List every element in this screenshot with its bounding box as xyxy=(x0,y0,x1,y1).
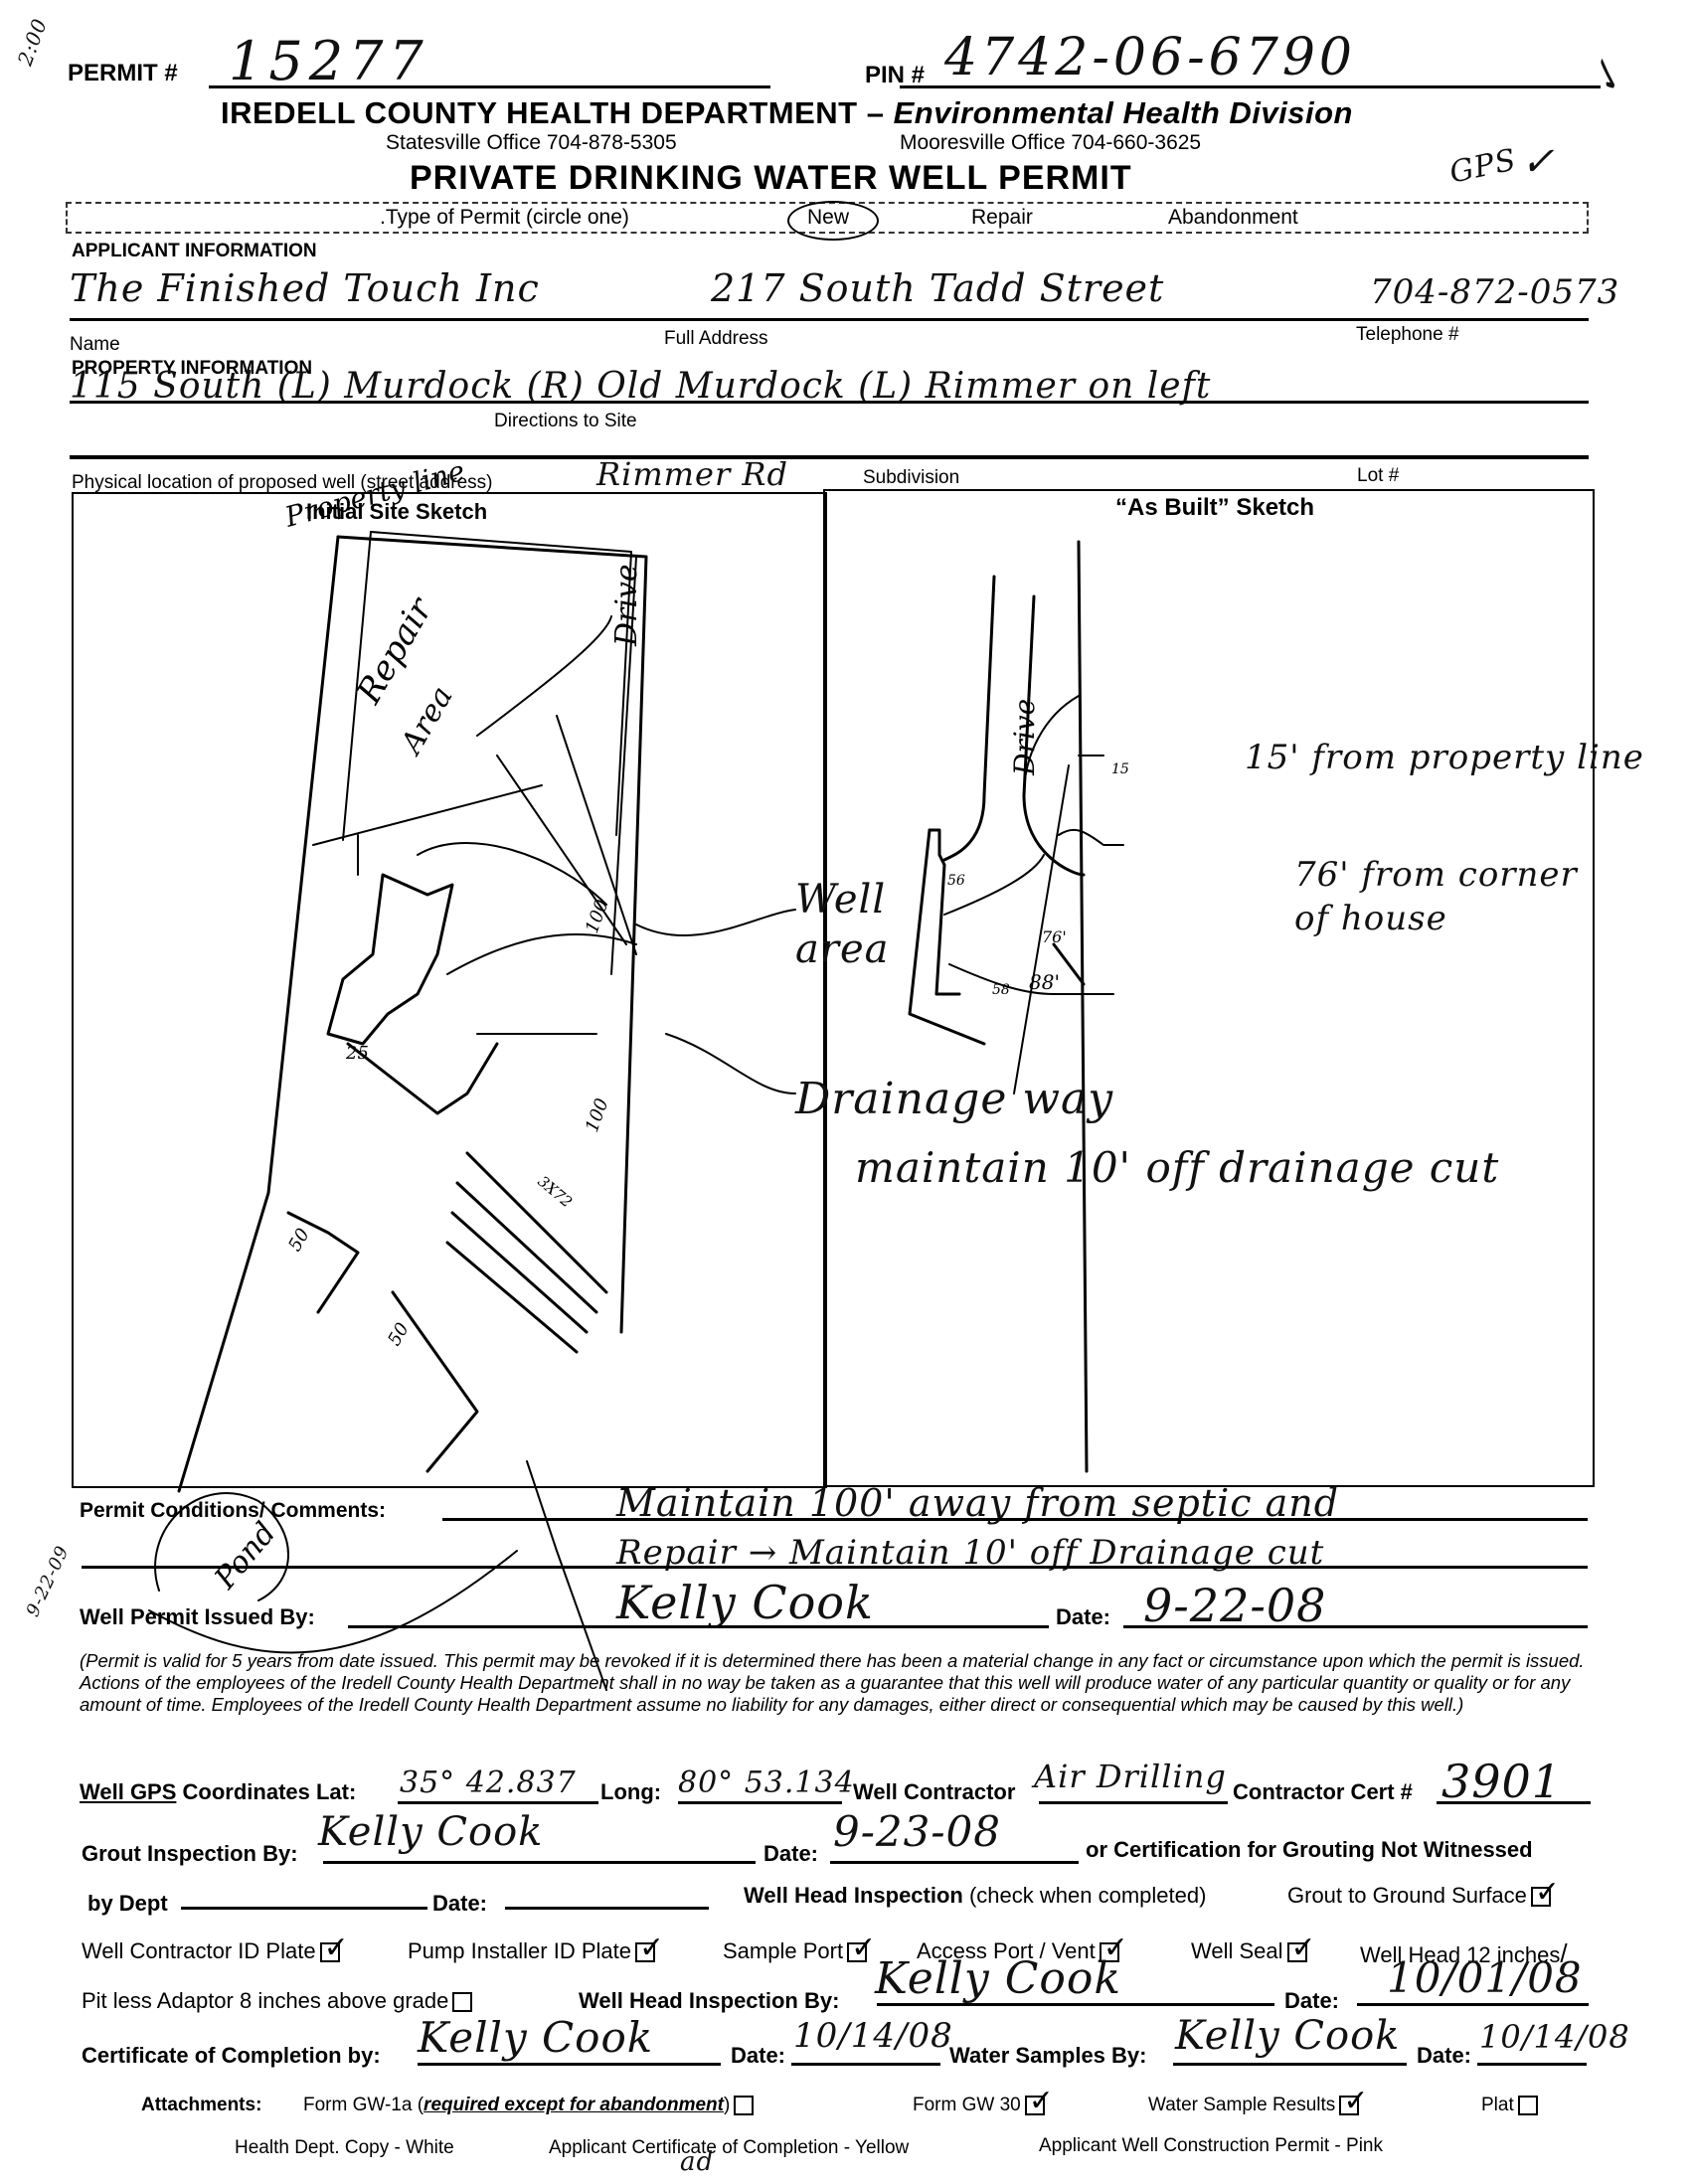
grout-to-ground-label: Grout to Ground Surface xyxy=(1287,1883,1527,1908)
contractor-id-plate-label: Well Contractor ID Plate xyxy=(82,1938,316,1963)
well-contractor-line xyxy=(1039,1801,1228,1804)
completion-date-line xyxy=(791,2063,940,2066)
well-head-inspection-heading: Well Head Inspection (check when complet… xyxy=(744,1883,1206,1909)
well-head-date-line xyxy=(1357,2003,1589,2006)
grout-inspection-signature[interactable]: Kelly Cook xyxy=(318,1809,543,1855)
well-contractor-value[interactable]: Air Drilling xyxy=(1034,1758,1227,1795)
well-seal-label: Well Seal xyxy=(1191,1938,1283,1963)
attachment-water-sample-results[interactable]: Water Sample Results xyxy=(1148,2095,1359,2116)
pitless-adaptor-checkbox[interactable] xyxy=(452,1992,472,2012)
svg-text:56: 56 xyxy=(947,873,965,889)
well-seal-checkbox[interactable] xyxy=(1287,1942,1307,1962)
water-samples-date-label: Date: xyxy=(1417,2043,1471,2069)
plat-checkbox[interactable] xyxy=(1518,2096,1538,2115)
checkbox-pitless-adaptor[interactable]: Pit less Adaptor 8 inches above grade xyxy=(82,1988,472,2014)
gps-long-line xyxy=(678,1801,842,1804)
well-contractor-label: Well Contractor xyxy=(853,1779,1015,1805)
well-head-heading-hint: (check when completed) xyxy=(963,1883,1207,1908)
issued-date-line xyxy=(1123,1625,1588,1628)
checkbox-well-seal[interactable]: Well Seal xyxy=(1191,1938,1307,1964)
form-gw1a-checkbox[interactable] xyxy=(734,2096,754,2115)
initials-note: ad xyxy=(680,2147,714,2177)
attachment-form-gw30[interactable]: Form GW 30 xyxy=(913,2095,1045,2116)
completion-signature[interactable]: Kelly Cook xyxy=(418,2013,653,2062)
pump-installer-id-plate-label: Pump Installer ID Plate xyxy=(408,1938,631,1963)
conditions-label: Permit Conditions/ Comments: xyxy=(80,1499,386,1523)
copy-white: Health Dept. Copy - White xyxy=(235,2137,454,2159)
attachment-form-gw1a[interactable]: Form GW-1a (required except for abandonm… xyxy=(303,2095,754,2116)
form-gw1a-label: Form GW-1a xyxy=(303,2095,412,2115)
well-head-inspection-line xyxy=(877,2003,1274,2006)
contractor-id-plate-checkbox[interactable] xyxy=(320,1942,340,1962)
water-sample-results-checkbox[interactable] xyxy=(1339,2096,1359,2115)
grout-cert-label: or Certification for Grouting Not Witnes… xyxy=(1086,1837,1533,1863)
drainage-maintain-note: maintain 10' off drainage cut xyxy=(855,1143,1630,1193)
grout-inspection-line xyxy=(323,1861,756,1864)
well-head-heading-text: Well Head Inspection xyxy=(744,1883,963,1908)
water-samples-date-value[interactable]: 10/14/08 xyxy=(1479,2018,1630,2056)
svg-text:Drive: Drive xyxy=(1008,699,1041,776)
pump-installer-id-plate-checkbox[interactable] xyxy=(635,1942,655,1962)
sample-port-checkbox[interactable] xyxy=(847,1942,867,1962)
gps-lat-line xyxy=(398,1801,598,1804)
water-sample-results-label: Water Sample Results xyxy=(1148,2095,1335,2115)
gps-label: Well GPS Coordinates Lat: xyxy=(80,1779,356,1805)
grout-to-ground-checkbox[interactable] xyxy=(1531,1887,1551,1907)
issued-by-signature[interactable]: Kelly Cook xyxy=(616,1576,874,1629)
gps-long-value[interactable]: 80° 53.134 xyxy=(678,1765,855,1800)
contractor-cert-line xyxy=(1437,1801,1591,1804)
from-corner-house-note: 76' from corner of house xyxy=(1294,853,1612,940)
disclaimer-text: (Permit is valid for 5 years from date i… xyxy=(80,1650,1601,1716)
form-gw1a-note: required except for abandonment xyxy=(423,2095,724,2115)
plat-label: Plat xyxy=(1481,2095,1514,2115)
gps-label-rest: Coordinates Lat: xyxy=(176,1779,356,1804)
water-samples-label: Water Samples By: xyxy=(949,2043,1146,2069)
copy-pink: Applicant Well Construction Permit - Pin… xyxy=(1039,2135,1383,2157)
issued-by-label: Well Permit Issued By: xyxy=(80,1604,315,1630)
gps-lat-value[interactable]: 35° 42.837 xyxy=(400,1765,577,1800)
well-head-date-label: Date: xyxy=(1284,1988,1339,2014)
conditions-underline-1 xyxy=(442,1518,1588,1521)
pitless-adaptor-label: Pit less Adaptor 8 inches above grade xyxy=(82,1988,448,2013)
issued-date-value[interactable]: 9-22-08 xyxy=(1143,1579,1326,1632)
grout-date-value[interactable]: 9-23-08 xyxy=(833,1807,1001,1856)
svg-text:88': 88' xyxy=(1029,970,1060,994)
well-head-inspection-by-label: Well Head Inspection By: xyxy=(579,1988,839,2014)
svg-text:58: 58 xyxy=(992,982,1010,998)
well-head-inspection-signature[interactable]: Kelly Cook xyxy=(875,1953,1121,2004)
by-dept-date-label: Date: xyxy=(432,1891,487,1917)
by-dept-label: by Dept xyxy=(87,1891,168,1917)
checkbox-grout-to-ground[interactable]: Grout to Ground Surface xyxy=(1287,1883,1551,1909)
by-dept-line xyxy=(181,1907,427,1910)
contractor-cert-label: Contractor Cert # xyxy=(1233,1779,1413,1805)
water-samples-date-line xyxy=(1477,2063,1587,2066)
water-samples-signature[interactable]: Kelly Cook xyxy=(1175,2013,1400,2059)
drainage-way-note: Drainage way xyxy=(795,1074,1113,1124)
form-gw30-checkbox[interactable] xyxy=(1025,2096,1045,2115)
completion-date-value[interactable]: 10/14/08 xyxy=(793,2016,953,2056)
copy-yellow: Applicant Certificate of Completion - Ye… xyxy=(549,2137,909,2159)
sample-port-label: Sample Port xyxy=(723,1938,843,1963)
checkbox-sample-port[interactable]: Sample Port xyxy=(723,1938,867,1964)
conditions-underline-2 xyxy=(82,1566,1588,1569)
by-dept-date-line xyxy=(505,1907,709,1910)
checkbox-pump-installer-id-plate[interactable]: Pump Installer ID Plate xyxy=(408,1938,655,1964)
form-gw30-label: Form GW 30 xyxy=(913,2095,1021,2115)
checkbox-contractor-id-plate[interactable]: Well Contractor ID Plate xyxy=(82,1938,340,1964)
grout-date-line xyxy=(830,1861,1079,1864)
completion-label: Certificate of Completion by: xyxy=(82,2043,381,2069)
completion-line xyxy=(418,2063,721,2066)
svg-text:76': 76' xyxy=(1042,927,1067,946)
contractor-cert-value[interactable]: 3901 xyxy=(1441,1755,1562,1808)
well-area-note: Well area xyxy=(795,875,944,974)
issued-by-line xyxy=(348,1625,1049,1628)
attachments-label: Attachments: xyxy=(141,2095,261,2116)
svg-text:15: 15 xyxy=(1111,761,1129,777)
water-samples-line xyxy=(1173,2063,1407,2066)
gps-label-underlined: Well GPS xyxy=(80,1779,176,1804)
attachment-plat[interactable]: Plat xyxy=(1481,2095,1538,2116)
grout-inspection-label: Grout Inspection By: xyxy=(82,1841,298,1867)
from-property-line-note: 15' from property line xyxy=(1245,738,1644,777)
grout-date-label: Date: xyxy=(763,1841,818,1867)
well-head-date-value[interactable]: 10/01/08 xyxy=(1387,1953,1583,2002)
completion-date-label: Date: xyxy=(731,2043,785,2069)
gps-long-label: Long: xyxy=(600,1779,661,1805)
issued-date-label: Date: xyxy=(1056,1604,1110,1630)
